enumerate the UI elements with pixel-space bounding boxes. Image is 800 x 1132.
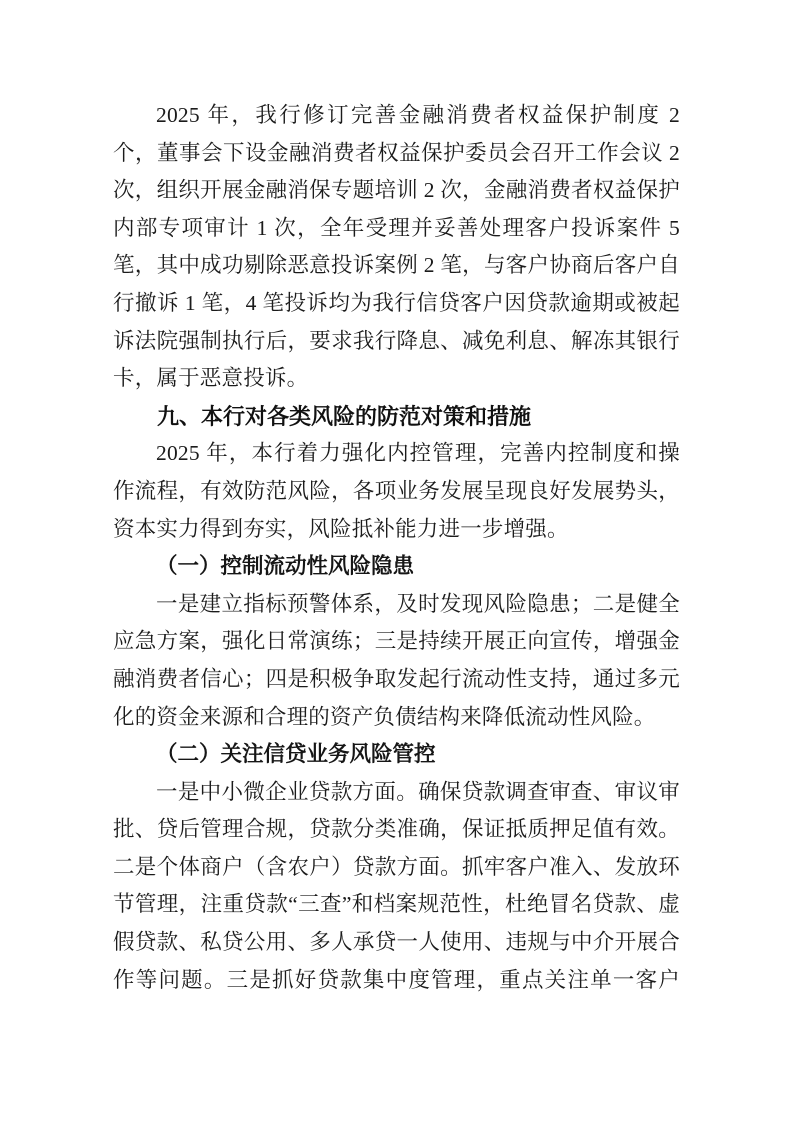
paragraph-consumer-protection: 2025 年，我行修订完善金融消费者权益保护制度 2 个，董事会下设金融消费者权… xyxy=(113,97,680,398)
document-page: 2025 年，我行修订完善金融消费者权益保护制度 2 个，董事会下设金融消费者权… xyxy=(0,0,800,1132)
paragraph-liquidity-measures: 一是建立指标预警体系，及时发现风险隐患；二是健全应急方案，强化日常演练；三是持续… xyxy=(113,586,680,736)
subsection-heading-credit-risk: （二）关注信贷业务风险管控 xyxy=(113,736,680,774)
paragraph-credit-measures: 一是中小微企业贷款方面。确保贷款调查审查、审议审批、贷后管理合规，贷款分类准确，… xyxy=(113,774,680,1000)
paragraph-risk-overview: 2025 年，本行着力强化内控管理，完善内控制度和操作流程，有效防范风险，各项业… xyxy=(113,435,680,548)
section-heading-risk-countermeasures: 九、本行对各类风险的防范对策和措施 xyxy=(113,398,680,436)
subsection-heading-liquidity-risk: （一）控制流动性风险隐患 xyxy=(113,548,680,586)
